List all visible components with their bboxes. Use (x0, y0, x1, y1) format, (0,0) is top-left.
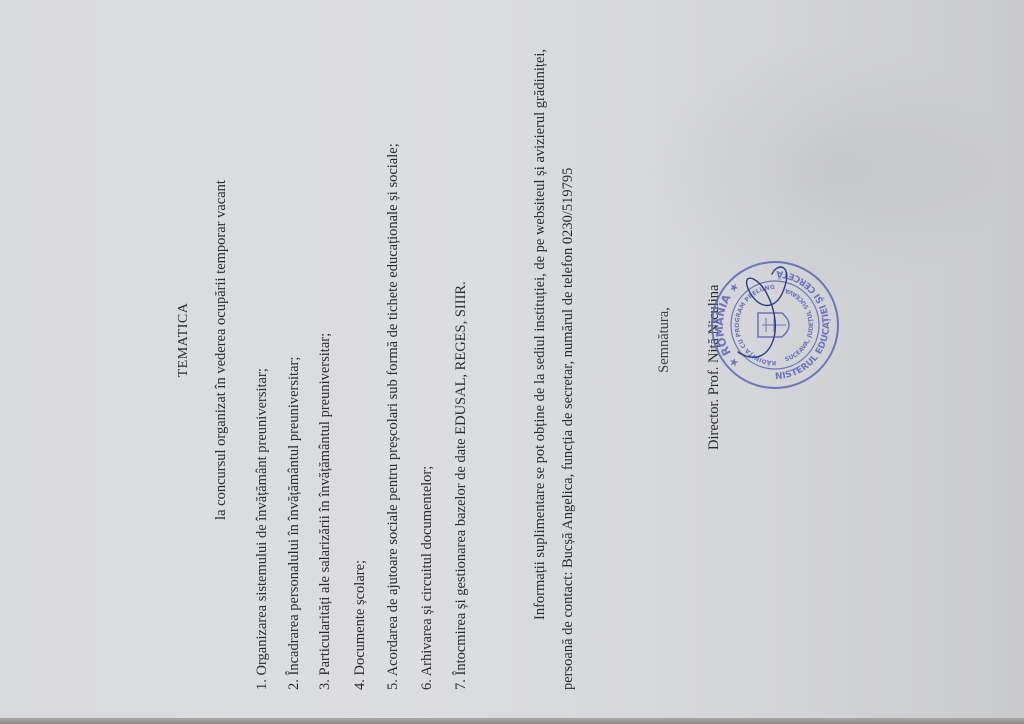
topic-item: 5. Acordarea de ajutoare sociale pentru … (386, 143, 401, 690)
info-line-2: persoană de contact: Bucșă Angelica, fun… (561, 168, 576, 690)
topic-item: 7. Întocmirea și gestionarea bazelor de … (454, 281, 469, 690)
signature-label: Semnătura, (657, 307, 672, 373)
document-subtitle: la concursul organizat în vederea ocupăr… (214, 180, 229, 520)
svg-text:GRĂDINIȚA CU PROGRAM PRELUNGIT: GRĂDINIȚA CU PROGRAM PRELUNGIT (708, 284, 776, 392)
topic-item: 4. Documente școlare; (353, 560, 368, 690)
official-stamp-icon: ★ ROMÂNIA ★ MINISTERUL EDUCAȚIEI ȘI CERC… (708, 258, 842, 392)
topic-item: 1. Organizarea sistemului de învățământ … (255, 368, 270, 690)
document-title: TEMATICA (177, 303, 191, 378)
document-page: TEMATICA la concursul organizat în veder… (0, 0, 1024, 724)
topic-item: 6. Arhivarea și circuitul documentelor; (420, 466, 435, 690)
paper-edge (0, 718, 1024, 724)
info-line-1: Informații suplimentare se pot obține de… (533, 49, 548, 620)
topic-item: 3. Particularități ale salarizării în în… (318, 333, 333, 690)
topic-item: 2. Încadrarea personalului în învățământ… (287, 357, 302, 690)
